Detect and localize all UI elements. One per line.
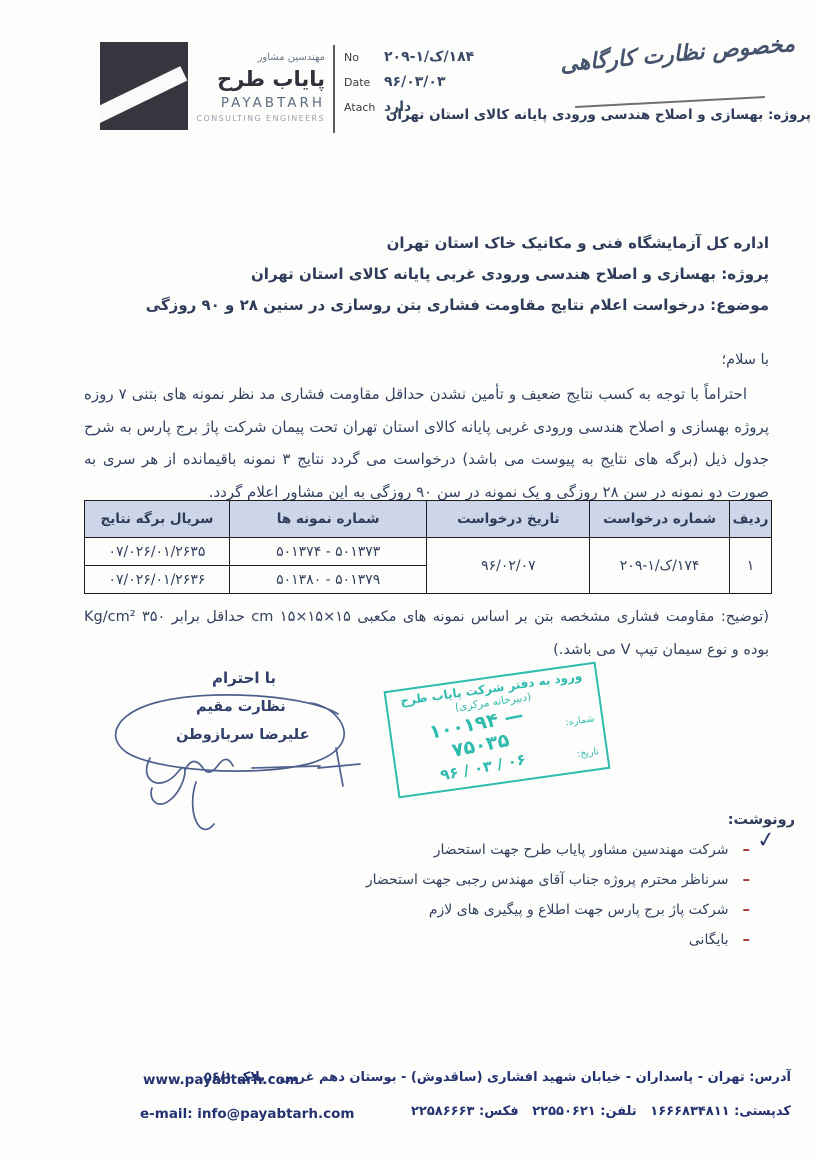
recipient-project: پروژه: بهسازی و اصلاح هندسی ورودی غربی پ… bbox=[146, 259, 769, 290]
cc-checkmark-icon: ✓ bbox=[755, 827, 777, 854]
cc-list: – شرکت مهندسین مشاور پایاب طرح جهت استحض… bbox=[366, 840, 750, 960]
table-row: ۱ ۲۰۹-۱/ک/۱۷۴ ۹۶/۰۲/۰۷ ۵۰۱۳۷۴ - ۵۰۱۳۷۳ ۰… bbox=[85, 538, 772, 566]
col-header-request-no: شماره درخواست bbox=[590, 501, 730, 538]
recipient-org: اداره کل آزمایشگاه فنی و مکانیک خاک استا… bbox=[146, 228, 769, 259]
cc-item: – شرکت مهندسین مشاور پایاب طرح جهت استحض… bbox=[366, 840, 750, 870]
dash-bullet-icon: – bbox=[743, 870, 751, 888]
recipient-block: اداره کل آزمایشگاه فنی و مکانیک خاک استا… bbox=[146, 228, 769, 321]
handwritten-underline bbox=[575, 96, 765, 107]
footer-address: آدرس: تهران - پاسداران - خیابان شهید افش… bbox=[204, 1070, 791, 1085]
body-paragraph: احتراماً با توجه به کسب نتایج ضعیف و تأم… bbox=[84, 378, 769, 508]
logo-wordmark: مهندسین مشاور پایاب طرح PAYABTARH CONSUL… bbox=[188, 52, 325, 124]
company-logo bbox=[100, 42, 188, 130]
explanatory-note: (توضیح: مقاومت فشاری مشخصه بتن بر اساس ن… bbox=[84, 601, 769, 667]
logo-fa-tagline: مهندسین مشاور bbox=[188, 52, 325, 65]
cell-request-no: ۲۰۹-۱/ک/۱۷۴ bbox=[590, 538, 730, 594]
cell-result-serial: ۰۷/۰۲۶/۰۱/۲۶۳۵ bbox=[85, 538, 230, 566]
header-divider bbox=[333, 45, 335, 133]
dash-bullet-icon: – bbox=[743, 930, 751, 948]
logo-stripe-shape bbox=[100, 66, 187, 130]
handwritten-site-supervision-note: مخصوص نظارت کارگاهی bbox=[544, 30, 810, 78]
logo-latin-name: PAYABTARH bbox=[188, 95, 325, 112]
salutation: با سلام؛ bbox=[722, 352, 769, 368]
footer-email: e-mail: info@payabtarh.com bbox=[140, 1106, 354, 1122]
signature-respect-line: با احترام bbox=[212, 669, 276, 687]
cc-item-text: سرناظر محترم پروژه جناب آقای مهندس رجبی … bbox=[366, 872, 729, 888]
cell-request-date: ۹۶/۰۲/۰۷ bbox=[427, 538, 590, 594]
footer-postal-phone-fax: کدپستی: ۱۶۶۶۸۳۴۸۱۱ تلفن: ۲۲۵۵۰۶۲۱ فکس: ۲… bbox=[411, 1104, 791, 1119]
header-project-line: پروژه: بهسازی و اصلاح هندسی ورودی پایانه… bbox=[386, 107, 811, 123]
dash-bullet-icon: – bbox=[743, 840, 751, 858]
cc-item-text: شرکت پاژ برج پارس جهت اطلاع و پیگیری های… bbox=[429, 902, 729, 918]
cc-item: – بایگانی bbox=[366, 930, 750, 960]
ref-date-row: Date ۹۶/۰۳/۰۳ bbox=[344, 74, 494, 90]
received-stamp: ورود به دفتر شرکت پایاب طرح (دبیرخانه مر… bbox=[384, 662, 611, 799]
cell-sample-numbers: ۵۰۱۳۷۴ - ۵۰۱۳۷۳ bbox=[229, 538, 427, 566]
ref-no-label: No bbox=[344, 51, 384, 64]
cell-sample-numbers: ۵۰۱۳۸۰ - ۵۰۱۳۷۹ bbox=[229, 566, 427, 594]
cell-result-serial: ۰۷/۰۲۶/۰۱/۲۶۳۶ bbox=[85, 566, 230, 594]
cc-item-text: شرکت مهندسین مشاور پایاب طرح جهت استحضار bbox=[434, 842, 729, 858]
cc-title: رونوشت: bbox=[728, 812, 795, 828]
letter-subject: موضوع: درخواست اعلام نتایج مقاومت فشاری … bbox=[146, 290, 769, 321]
logo-fa-name: پایاب طرح bbox=[188, 66, 325, 92]
cc-item: – سرناظر محترم پروژه جناب آقای مهندس رجب… bbox=[366, 870, 750, 900]
stamp-number-label: شماره: bbox=[556, 713, 595, 729]
dash-bullet-icon: – bbox=[743, 900, 751, 918]
col-header-request-date: تاریخ درخواست bbox=[427, 501, 590, 538]
cc-item: – شرکت پاژ برج پارس جهت اطلاع و پیگیری ه… bbox=[366, 900, 750, 930]
table-header-row: ردیف شماره درخواست تاریخ درخواست شماره ن… bbox=[85, 501, 772, 538]
ref-no-row: No ۲۰۹-۱/ک/۱۸۴ bbox=[344, 49, 494, 65]
col-header-sample-numbers: شماره نمونه ها bbox=[229, 501, 427, 538]
cell-row-no: ۱ bbox=[730, 538, 772, 594]
signature-name: علیرضا سربازوطن bbox=[176, 727, 310, 743]
results-request-table: ردیف شماره درخواست تاریخ درخواست شماره ن… bbox=[84, 500, 772, 594]
signature-role: نظارت مقیم bbox=[196, 699, 286, 715]
logo-latin-tagline: CONSULTING ENGINEERS bbox=[188, 114, 325, 124]
col-header-result-serial: سریال برگه نتایج bbox=[85, 501, 230, 538]
ref-date-value: ۹۶/۰۳/۰۳ bbox=[384, 74, 446, 90]
ref-atach-label: Atach bbox=[344, 101, 384, 114]
ref-date-label: Date bbox=[344, 76, 384, 89]
col-header-row-no: ردیف bbox=[730, 501, 772, 538]
stamp-date-label: تاریخ: bbox=[561, 746, 600, 762]
cc-item-text: بایگانی bbox=[689, 932, 729, 948]
letter-page: مهندسین مشاور پایاب طرح PAYABTARH CONSUL… bbox=[0, 0, 819, 1161]
ref-no-value: ۲۰۹-۱/ک/۱۸۴ bbox=[384, 49, 474, 65]
